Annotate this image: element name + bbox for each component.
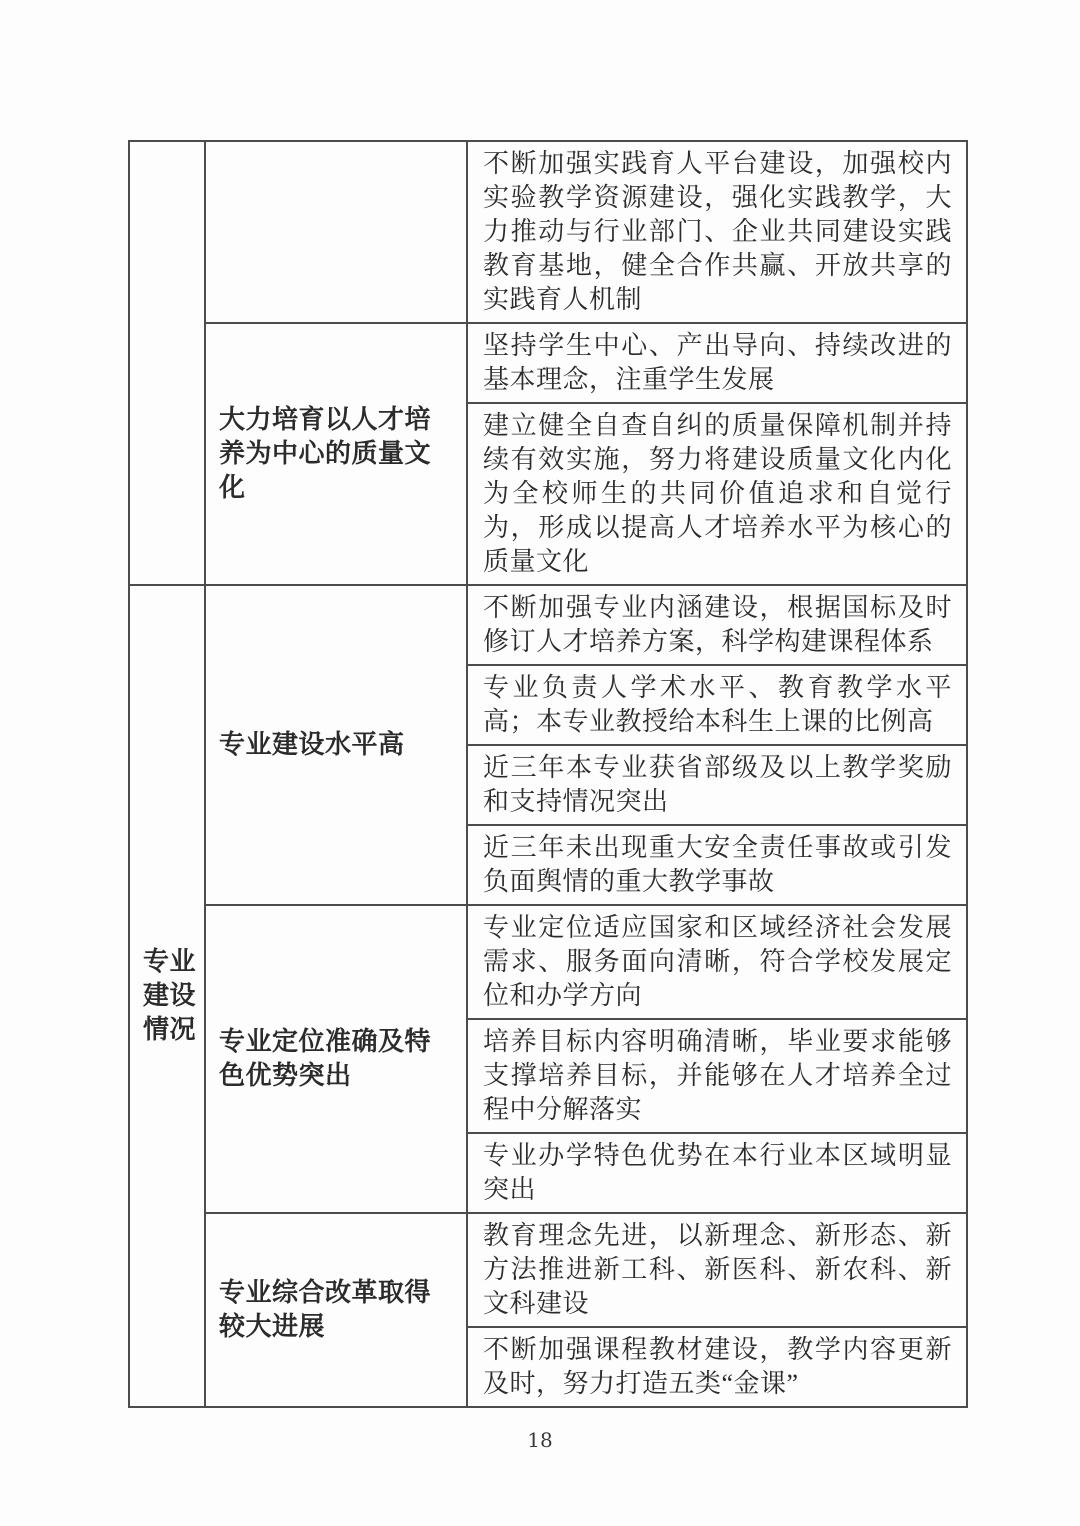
subcategory-cell: 大力培育以人才培养为中心的质量文化: [205, 323, 467, 585]
table-row: 专业定位准确及特色优势突出专业定位适应国家和区域经济社会发展需求、服务面向清晰，…: [129, 905, 967, 1019]
subcategory-cell: 专业定位准确及特色优势突出: [205, 905, 467, 1213]
page-number: 18: [0, 1428, 1080, 1452]
table-row: 大力培育以人才培养为中心的质量文化坚持学生中心、产出导向、持续改进的基本理念，注…: [129, 323, 967, 403]
criteria-cell: 培养目标内容明确清晰，毕业要求能够支撑培养目标，并能够在人才培养全过程中分解落实: [467, 1019, 967, 1133]
table-row: 专业建设情况专业建设水平高不断加强专业内涵建设，根据国标及时修订人才培养方案，科…: [129, 585, 967, 665]
criteria-cell: 不断加强专业内涵建设，根据国标及时修订人才培养方案，科学构建课程体系: [467, 585, 967, 665]
criteria-cell: 专业负责人学术水平、教育教学水平高；本专业教授给本科生上课的比例高: [467, 665, 967, 745]
table-row: 专业综合改革取得较大进展教育理念先进，以新理念、新形态、新方法推进新工科、新医科…: [129, 1213, 967, 1327]
subcategory-cell: 专业综合改革取得较大进展: [205, 1213, 467, 1407]
criteria-cell: 教育理念先进，以新理念、新形态、新方法推进新工科、新医科、新农科、新文科建设: [467, 1213, 967, 1327]
criteria-cell: 不断加强课程教材建设，教学内容更新及时，努力打造五类“金课”: [467, 1327, 967, 1407]
criteria-cell: 近三年未出现重大安全责任事故或引发负面舆情的重大教学事故: [467, 825, 967, 905]
criteria-cell: 近三年本专业获省部级及以上教学奖励和支持情况突出: [467, 745, 967, 825]
subcategory-cell: 专业建设水平高: [205, 585, 467, 905]
category-cell: [129, 141, 205, 585]
criteria-cell: 坚持学生中心、产出导向、持续改进的基本理念，注重学生发展: [467, 323, 967, 403]
evaluation-table: 不断加强实践育人平台建设，加强校内实验教学资源建设，强化实践教学，大力推动与行业…: [128, 140, 968, 1408]
criteria-cell: 建立健全自查自纠的质量保障机制并持续有效实施，努力将建设质量文化内化为全校师生的…: [467, 403, 967, 585]
criteria-cell: 专业定位适应国家和区域经济社会发展需求、服务面向清晰，符合学校发展定位和办学方向: [467, 905, 967, 1019]
evaluation-table-body: 不断加强实践育人平台建设，加强校内实验教学资源建设，强化实践教学，大力推动与行业…: [129, 141, 967, 1407]
criteria-cell: 专业办学特色优势在本行业本区域明显突出: [467, 1133, 967, 1213]
document-page: 不断加强实践育人平台建设，加强校内实验教学资源建设，强化实践教学，大力推动与行业…: [0, 0, 1080, 1526]
criteria-cell: 不断加强实践育人平台建设，加强校内实验教学资源建设，强化实践教学，大力推动与行业…: [467, 141, 967, 323]
subcategory-cell: [205, 141, 467, 323]
table-row: 不断加强实践育人平台建设，加强校内实验教学资源建设，强化实践教学，大力推动与行业…: [129, 141, 967, 323]
category-cell: 专业建设情况: [129, 585, 205, 1407]
